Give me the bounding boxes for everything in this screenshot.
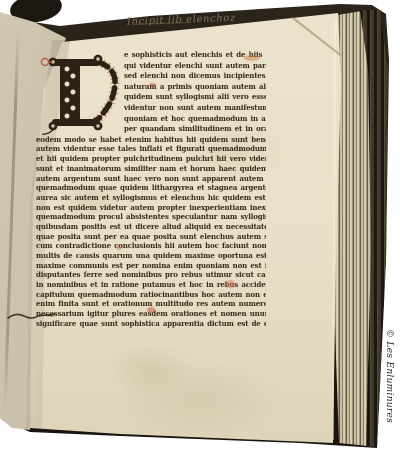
manuscript-line: quoniam et hoc quemadmodum in aliis hoc … [124, 113, 266, 124]
copyright-credit: © Les Enluminures [384, 329, 394, 423]
manuscript-line: quibusdam positis est ut dicere aliud al… [36, 222, 266, 232]
manuscript-line: autem argentum sunt haec vero non sunt a… [36, 173, 266, 183]
illuminated-initial-d: D [40, 46, 126, 140]
manuscript-line: non est quidem videtur autem propter ine… [36, 202, 266, 212]
manuscript-line: quemadmodum procul absistentes speculant… [36, 212, 266, 222]
manuscript-line: aurea sic autem et syllogismus et elench… [36, 193, 266, 203]
manuscript-line: sunt et inanimatorum similiter nam et ho… [36, 164, 266, 174]
manuscript-line: autem videntur esse tales inflati et fig… [36, 144, 266, 154]
margin-annotation [6, 309, 58, 325]
rubric-mark [147, 307, 155, 313]
rubric-mark [149, 83, 156, 87]
manuscript-line: videntur non sunt autem manifestum est q… [124, 103, 266, 114]
manuscript-line: disputantes ferre sed nominibus pro rebu… [36, 270, 266, 280]
manuscript-line: qui videntur elenchi sunt autem paralogi… [124, 60, 266, 71]
manuscript-line: quemadmodum quae quidem lithargyrea et s… [36, 183, 266, 193]
manuscript-photo: Incipit lib elenchoz e sophisticis aut e… [0, 0, 400, 456]
manuscript-line: quidem sunt syllogismi alii vero esse vi… [124, 92, 266, 103]
manuscript-line: multis de causis quarum una quidem maxim… [36, 251, 266, 261]
rubric-mark [226, 280, 235, 288]
manuscript-line: cum contradictione conclusionis hii aute… [36, 241, 266, 251]
rubric-mark [116, 245, 122, 250]
stain-mark [244, 55, 260, 61]
manuscript-line: sed elenchi non dicemus incipientes secu… [124, 71, 266, 82]
manuscript-line: significare quae sunt sophistica apparen… [36, 319, 266, 329]
initial-d-drawing [40, 46, 126, 140]
manuscript-line: naturam a primis quoniam autem aliorum q… [124, 82, 266, 93]
manuscript-line: per quandam similitudinem et in orationi… [124, 124, 266, 135]
manuscript-line: et hii quidem propter pulchritudinem pul… [36, 154, 266, 164]
